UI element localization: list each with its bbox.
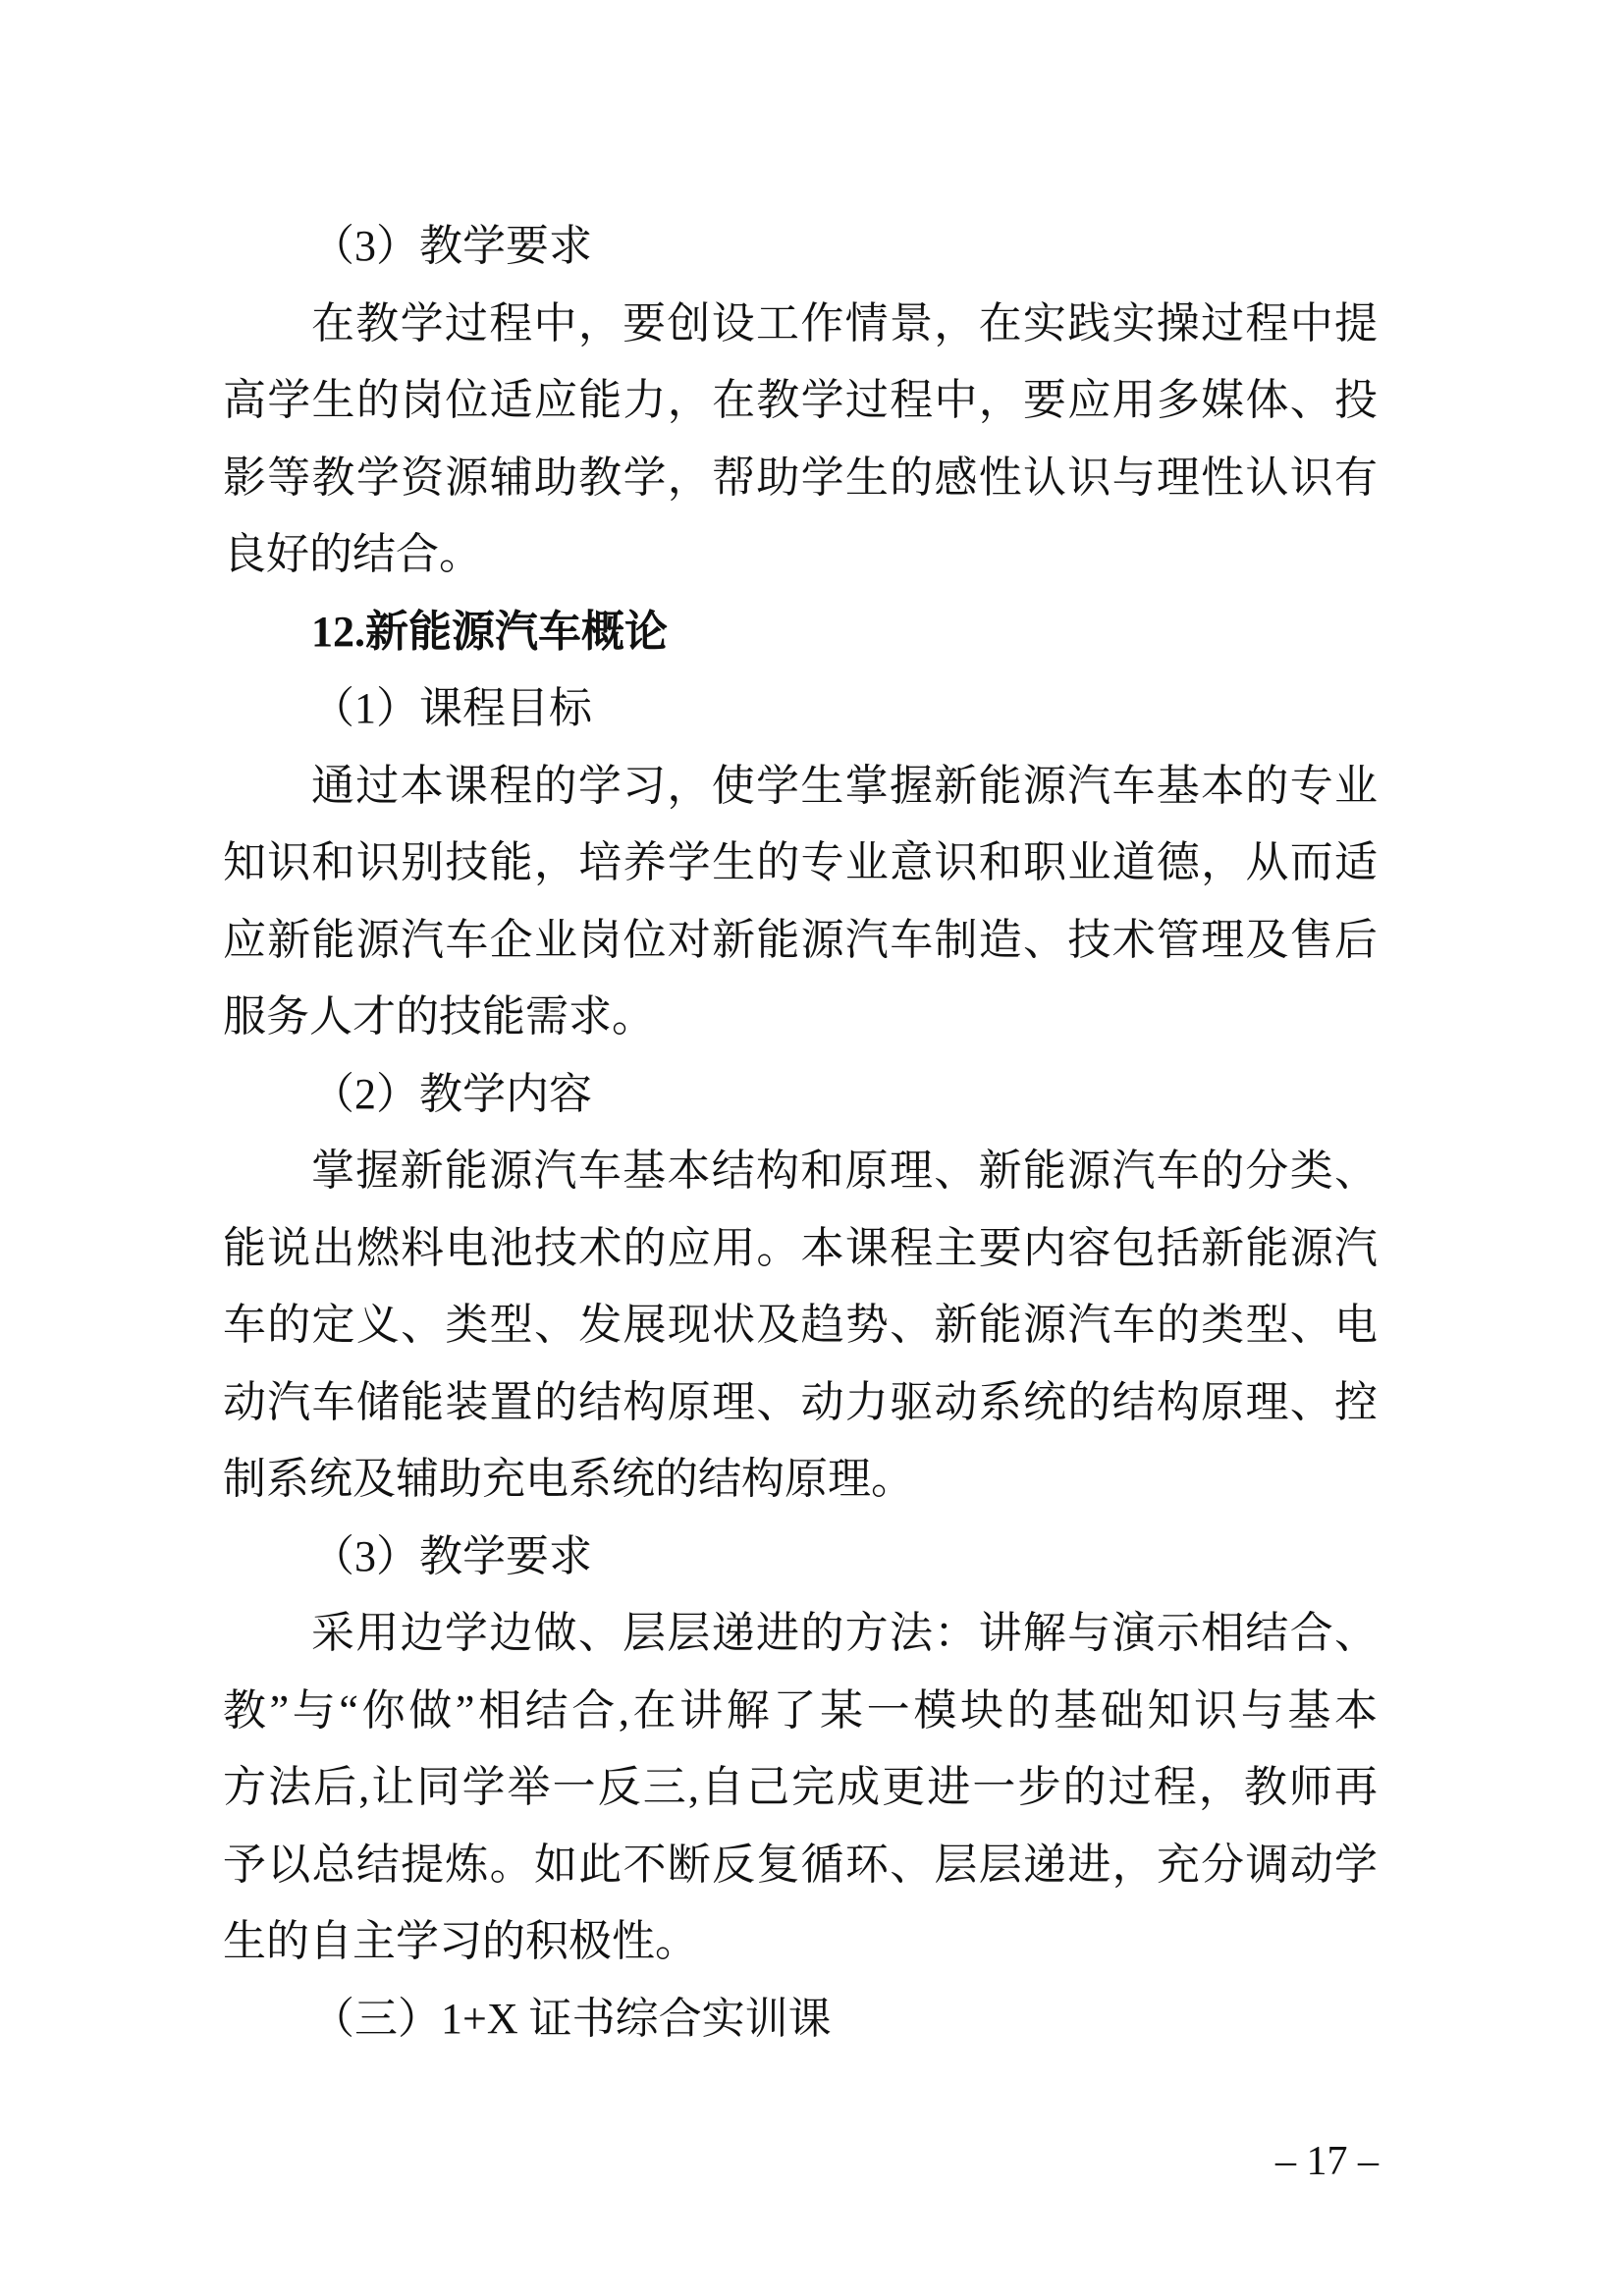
paragraph-line: 知识和识别技能，培养学生的专业意识和职业道德，从而适 [223, 825, 1378, 902]
paragraph-line: 高学生的岗位适应能力，在教学过程中，要应用多媒体、投 [223, 362, 1378, 440]
paragraph-line: 在教学过程中，要创设工作情景，在实践实操过程中提 [223, 286, 1378, 363]
paragraph-line: 采用边学边做、层层递进的方法：讲解与演示相结合、“我 [223, 1595, 1378, 1673]
paragraph-line: 良好的结合。 [223, 516, 1378, 594]
paragraph-line: 影等教学资源辅助教学，帮助学生的感性认识与理性认识有 [223, 440, 1378, 517]
paragraph-line: 能说出燃料电池技术的应用。本课程主要内容包括新能源汽 [223, 1210, 1378, 1288]
paragraph-line: 动汽车储能装置的结构原理、动力驱动系统的结构原理、控 [223, 1364, 1378, 1442]
paragraph-line: 通过本课程的学习，使学生掌握新能源汽车基本的专业 [223, 748, 1378, 826]
paragraph-line: 掌握新能源汽车基本结构和原理、新能源汽车的分类、 [223, 1133, 1378, 1210]
heading-san-1x-certificate-practical-training: （三）1+X 证书综合实训课 [223, 1981, 1378, 2058]
paragraph-line: 予以总结提炼。如此不断反复循环、层层递进，充分调动学 [223, 1827, 1378, 1904]
paragraph-line: 服务人才的技能需求。 [223, 979, 1378, 1056]
paragraph-line: 生的自主学习的积极性。 [223, 1903, 1378, 1981]
paragraph-line: 车的定义、类型、发展现状及趋势、新能源汽车的类型、电 [223, 1287, 1378, 1364]
document-body: （3）教学要求 在教学过程中，要创设工作情景，在实践实操过程中提 高学生的岗位适… [223, 208, 1378, 2057]
paragraph-line: 方法后,让同学举一反三,自己完成更进一步的过程，教师再 [223, 1749, 1378, 1827]
heading-3-teaching-requirements-2: （3）教学要求 [223, 1519, 1378, 1596]
heading-1-course-objectives: （1）课程目标 [223, 670, 1378, 748]
page-footer: – 17 – [1275, 2132, 1379, 2191]
heading-2-teaching-content: （2）教学内容 [223, 1056, 1378, 1134]
heading-12-new-energy-vehicle-overview: 12.新能源汽车概论 [223, 594, 1378, 671]
paragraph-line: 制系统及辅助充电系统的结构原理。 [223, 1441, 1378, 1519]
paragraph-line: 应新能源汽车企业岗位对新能源汽车制造、技术管理及售后 [223, 902, 1378, 980]
page-number: – 17 – [1275, 2139, 1379, 2184]
paragraph-line: 教”与“你做”相结合,在讲解了某一模块的基础知识与基本 [223, 1673, 1378, 1750]
heading-3-teaching-requirements: （3）教学要求 [223, 208, 1378, 286]
document-page: { "page": { "number_label": "– 17 –" }, … [0, 0, 1624, 2296]
